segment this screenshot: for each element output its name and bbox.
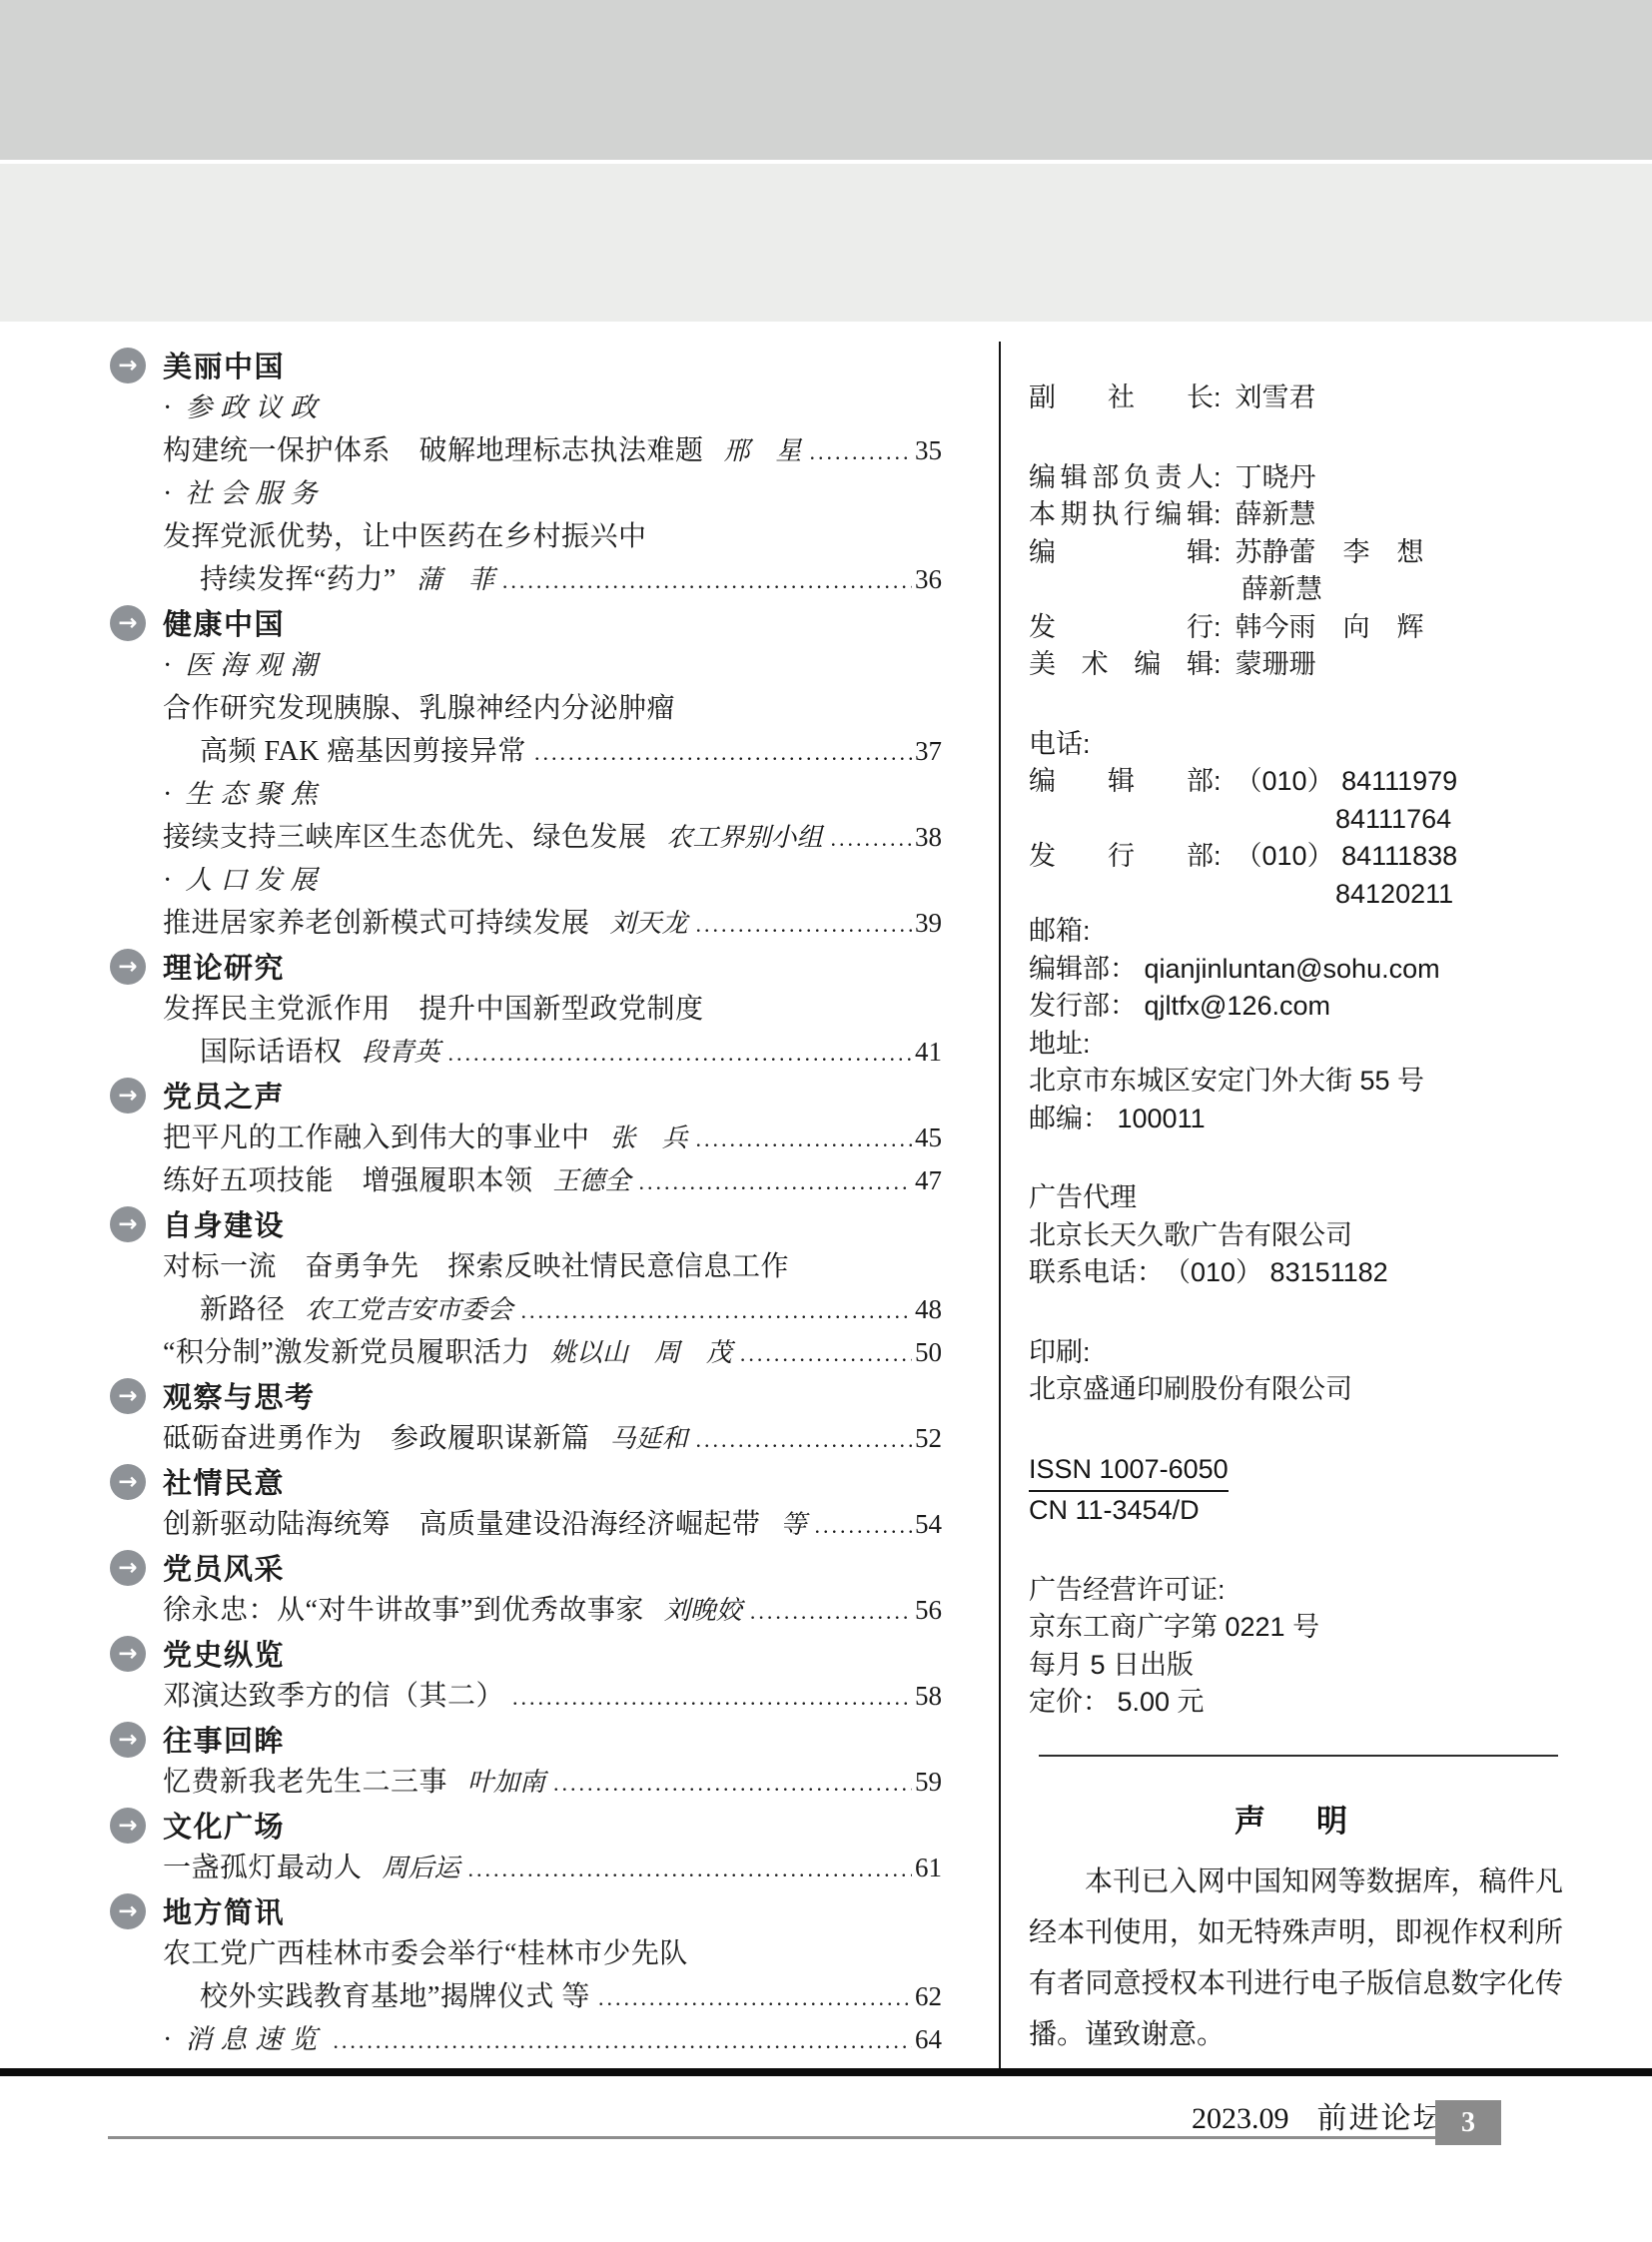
toc-section-title: 观察与思考 (163, 1375, 316, 1416)
masthead-value: 电话: (1029, 729, 1091, 759)
dot-leader: ........................................… (512, 1676, 912, 1719)
toc-category: ·人口发展 (110, 859, 942, 902)
masthead-colon: : (1214, 763, 1222, 801)
toc-entry-line: 接续支持三峡库区生态优先、绿色发展农工界别小组.................… (110, 816, 942, 859)
toc-entry-title: 接续支持三峡库区生态优先、绿色发展 (163, 816, 647, 859)
masthead-label: 编辑部负责人 (1029, 459, 1214, 497)
toc-entry-title: 邓演达致季方的信（其二） (163, 1675, 504, 1718)
toc-entry-title: 构建统一保护体系 破解地理标志执法难题 (163, 429, 704, 472)
dot-leader: ........................................… (696, 903, 912, 946)
toc-entry-line: 砥砺奋进勇作为 参政履职谋新篇马延和......................… (110, 1417, 942, 1460)
masthead-colon: : (1214, 646, 1222, 684)
toc-section-header: →党员风采 (110, 1546, 942, 1589)
masthead-colon: : (1214, 838, 1222, 876)
toc-entry-title: 发挥党派优势，让中医药在乡村振兴中 (163, 515, 647, 558)
arrow-right-circle-icon: → (110, 949, 146, 985)
dot-leader: ........................................… (750, 1590, 912, 1633)
category-dot-icon: · (163, 859, 172, 902)
masthead-value: 编辑部： qianjinluntan@sohu.com (1029, 954, 1440, 984)
masthead-value: 84111764 (1335, 804, 1451, 834)
masthead-line: 本期执行编辑:薛新慧 (1029, 496, 1563, 534)
masthead-line: 北京长天久歌广告有限公司 (1029, 1217, 1563, 1255)
toc-entry-title: 持续发挥“药力” (200, 558, 397, 601)
masthead-line: 发行部:（010） 84111838 (1029, 838, 1563, 876)
masthead-value: 邮箱: (1029, 916, 1091, 946)
toc-section-title: 理论研究 (163, 946, 285, 987)
toc-section-header: →理论研究 (110, 945, 942, 988)
toc-section-title: 健康中国 (163, 602, 285, 643)
toc-page-number: 56 (915, 1589, 942, 1632)
toc-entry-author: 叶加南 (467, 1761, 545, 1804)
toc-entry-line: 高频 FAK 癌基因剪接异常..........................… (110, 730, 942, 773)
toc-entry-author: 等 (781, 1503, 807, 1546)
toc-page-number: 52 (915, 1417, 942, 1460)
toc-section-header: →社情民意 (110, 1460, 942, 1503)
masthead-value: 苏静蕾 李 想 (1236, 537, 1424, 567)
toc-entry-title: 新路径 (200, 1288, 286, 1331)
masthead-value: CN 11-3454/D (1029, 1495, 1200, 1525)
masthead-colon: : (1214, 379, 1222, 417)
toc-category-label: 人口发展 (185, 859, 325, 902)
masthead-line: 发行部： qjltfx@126.com (1029, 988, 1563, 1026)
masthead-line: 定价： 5.00 元 (1029, 1684, 1563, 1722)
toc-category: ·生态聚焦 (110, 773, 942, 816)
masthead-value: 刘雪君 (1236, 382, 1316, 412)
masthead-column: 副社长:刘雪君编辑部负责人:丁晓丹本期执行编辑:薛新慧编辑:苏静蕾 李 想薛新慧… (1029, 379, 1563, 1764)
masthead-line: 地址: (1029, 1026, 1563, 1064)
toc-page-number: 41 (915, 1031, 942, 1074)
toc-section-header: →美丽中国 (110, 344, 942, 386)
masthead-label: 本期执行编辑 (1029, 496, 1214, 534)
toc-section-title: 社情民意 (163, 1461, 285, 1502)
footer-magazine-title: 前进论坛 (1317, 2102, 1445, 2135)
toc-entry-author: 马延和 (610, 1417, 688, 1460)
toc-entry-line: 对标一流 奋勇争先 探索反映社情民意信息工作 (110, 1245, 942, 1288)
masthead-value: 广告代理 (1029, 1182, 1137, 1212)
masthead-value: 薛新慧 (1241, 574, 1322, 604)
masthead-line: 电话: (1029, 726, 1563, 764)
statement-title: 声 明 (1029, 1796, 1563, 1841)
masthead-value: 印刷: (1029, 1337, 1091, 1367)
toc-section-title: 党史纵览 (163, 1633, 285, 1674)
toc-entry-title: 忆费新我老先生二三事 (163, 1761, 447, 1804)
toc-page-number: 38 (915, 816, 942, 859)
toc-entry-title: 高频 FAK 癌基因剪接异常 (200, 730, 526, 773)
masthead-colon: : (1214, 496, 1222, 534)
column-divider (999, 342, 1001, 2068)
dot-leader: ........................................… (598, 1976, 912, 2019)
dot-leader: ........................................… (502, 559, 912, 602)
masthead-value: 联系电话： （010） 83151182 (1029, 1257, 1388, 1287)
toc-entry-line: 农工党广西桂林市委会举行“桂林市少先队 (110, 1932, 942, 1975)
toc-page-number: 58 (915, 1675, 942, 1718)
statement-body: 本刊已入网中国知网等数据库，稿件凡经本刊使用，如无特殊声明，即视作权利所有者同意… (1029, 1857, 1563, 2060)
toc-category-label: 消息速览 (185, 2018, 325, 2061)
toc-entry-title: 徐永忠：从“对牛讲故事”到优秀故事家 (163, 1589, 644, 1632)
toc-page-number: 59 (915, 1761, 942, 1804)
masthead-line: 印刷: (1029, 1334, 1563, 1372)
statement-box: 声 明 本刊已入网中国知网等数据库，稿件凡经本刊使用，如无特殊声明，即视作权利所… (1029, 1796, 1563, 2060)
masthead-value: 丁晓丹 (1236, 462, 1316, 492)
toc-entry-line: 一盏孤灯最动人周后运..............................… (110, 1847, 942, 1889)
toc-entry-author: 刘晚姣 (664, 1589, 742, 1632)
toc-entry-title: 农工党广西桂林市委会举行“桂林市少先队 (163, 1932, 688, 1975)
dot-leader: ........................................… (696, 1418, 912, 1461)
masthead-label: 美术编辑 (1029, 646, 1214, 684)
masthead-line: 北京市东城区安定门外大街 55 号 (1029, 1063, 1563, 1101)
toc-page-number: 35 (915, 429, 942, 472)
masthead-line: 每月 5 日出版 (1029, 1647, 1563, 1685)
toc-entry-author: 农工界别小组 (667, 816, 823, 859)
toc-entry-line: 国际话语权段青英................................… (110, 1031, 942, 1074)
toc-entry-author: 邢 星 (724, 429, 802, 472)
masthead-label: 发行部 (1029, 838, 1214, 876)
masthead-group: 副社长:刘雪君 (1029, 379, 1563, 417)
top-light-band (0, 164, 1652, 322)
toc-entry-line: 发挥党派优势，让中医药在乡村振兴中 (110, 515, 942, 558)
toc-page-number: 62 (915, 1975, 942, 2018)
category-dot-icon: · (163, 386, 172, 429)
arrow-right-circle-icon: → (110, 1206, 146, 1242)
toc-page-number: 47 (915, 1159, 942, 1202)
toc-entry-title: 创新驱动陆海统筹 高质量建设沿海经济崛起带 (163, 1503, 761, 1546)
toc-entry-author: 姚以山 周 茂 (550, 1331, 732, 1374)
toc-category-label: 生态聚焦 (185, 773, 325, 816)
toc-section-header: →健康中国 (110, 601, 942, 644)
footer-text: 2023.09前进论坛 (1192, 2093, 1445, 2137)
masthead-line: 编辑:苏静蕾 李 想 (1029, 534, 1563, 572)
masthead-line: 美术编辑:蒙珊珊 (1029, 646, 1563, 684)
toc-section-title: 美丽中国 (163, 345, 285, 385)
toc-section-header: →观察与思考 (110, 1374, 942, 1417)
table-of-contents: →美丽中国·参政议政构建统一保护体系 破解地理标志执法难题邢 星........… (110, 344, 942, 2061)
masthead-value: 广告经营许可证: (1029, 1575, 1226, 1605)
footer-page-badge: 3 (1435, 2100, 1501, 2145)
toc-section-header: →党史纵览 (110, 1632, 942, 1675)
masthead-colon: : (1214, 609, 1222, 647)
masthead-group: 广告代理北京长天久歌广告有限公司联系电话： （010） 83151182 (1029, 1179, 1563, 1292)
arrow-right-circle-icon: → (110, 348, 146, 383)
arrow-right-circle-icon: → (110, 1808, 146, 1844)
toc-entry-title: 对标一流 奋勇争先 探索反映社情民意信息工作 (163, 1245, 789, 1288)
masthead-value: 北京市东城区安定门外大街 55 号 (1029, 1066, 1424, 1096)
masthead-line: 编辑部负责人:丁晓丹 (1029, 459, 1563, 497)
toc-entry-author: 段青英 (363, 1031, 440, 1074)
masthead-line: 编辑部： qianjinluntan@sohu.com (1029, 951, 1563, 989)
toc-section-header: →自身建设 (110, 1202, 942, 1245)
toc-page-number: 50 (915, 1331, 942, 1374)
masthead-line: 副社长:刘雪君 (1029, 379, 1563, 417)
toc-entry-author: 农工党吉安市委会 (306, 1288, 513, 1331)
masthead-group: ISSN 1007-6050CN 11-3454/D (1029, 1451, 1563, 1530)
masthead-label: 发行 (1029, 609, 1214, 647)
toc-entry-line: 邓演达致季方的信（其二）............................… (110, 1675, 942, 1718)
dot-leader: ........................................… (831, 817, 912, 860)
footer-page-number: 3 (1461, 2107, 1475, 2139)
arrow-right-circle-icon: → (110, 1722, 146, 1758)
masthead-line: 编辑部:（010） 84111979 (1029, 763, 1563, 801)
toc-entry-line: “积分制”激发新党员履职活力姚以山 周 茂...................… (110, 1331, 942, 1374)
toc-page-number: 36 (915, 558, 942, 601)
toc-entry-title: 推进居家养老创新模式可持续发展 (163, 902, 590, 945)
toc-entry-line: 合作研究发现胰腺、乳腺神经内分泌肿瘤 (110, 687, 942, 730)
toc-category: ·医海观潮 (110, 644, 942, 687)
toc-category-label: 医海观潮 (185, 644, 325, 687)
masthead-value: 每月 5 日出版 (1029, 1650, 1194, 1680)
arrow-right-circle-icon: → (110, 1550, 146, 1586)
masthead-value: 邮编： 100011 (1029, 1104, 1206, 1133)
masthead-line: 联系电话： （010） 83151182 (1029, 1254, 1563, 1292)
toc-category: ·消息速览...................................… (110, 2018, 942, 2061)
arrow-right-circle-icon: → (110, 1464, 146, 1500)
arrow-right-circle-icon: → (110, 1893, 146, 1929)
toc-page-number: 61 (915, 1847, 942, 1889)
toc-entry-author: 刘天龙 (610, 902, 688, 945)
toc-entry-title: “积分制”激发新党员履职活力 (163, 1331, 530, 1374)
toc-entry-title: 把平凡的工作融入到伟大的事业中 (163, 1117, 590, 1159)
toc-entry-title: 一盏孤灯最动人 (163, 1847, 363, 1889)
toc-section-header: →地方简讯 (110, 1889, 942, 1932)
category-dot-icon: · (163, 644, 172, 687)
masthead-value: 发行部： qjltfx@126.com (1029, 991, 1330, 1021)
toc-entry-title: 练好五项技能 增强履职本领 (163, 1159, 533, 1202)
toc-entry-title: 发挥民主党派作用 提升中国新型政党制度 (163, 988, 704, 1031)
toc-entry-line: 持续发挥“药力”蒲 菲.............................… (110, 558, 942, 601)
masthead-line: ISSN 1007-6050 (1029, 1451, 1563, 1493)
toc-entry-author: 王德全 (553, 1159, 631, 1202)
toc-page-number: 37 (915, 730, 942, 773)
category-dot-icon: · (163, 2018, 172, 2061)
masthead-label: 编辑 (1029, 534, 1214, 572)
toc-page-number: 45 (915, 1117, 942, 1159)
masthead-value: 薛新慧 (1236, 499, 1316, 529)
toc-entry-line: 徐永忠：从“对牛讲故事”到优秀故事家刘晚姣...................… (110, 1589, 942, 1632)
masthead-group: 编辑部负责人:丁晓丹本期执行编辑:薛新慧编辑:苏静蕾 李 想薛新慧发行:韩今雨 … (1029, 459, 1563, 684)
statement-divider (1039, 1755, 1558, 1757)
masthead-group: 电话:编辑部:（010） 8411197984111764发行部:（010） 8… (1029, 726, 1563, 1138)
footer-issue: 2023.09 (1192, 2102, 1289, 2135)
dot-leader: ........................................… (521, 1289, 912, 1332)
masthead-value: （010） 84111838 (1236, 841, 1458, 871)
toc-entry-title: 砥砺奋进勇作为 参政履职谋新篇 (163, 1417, 590, 1460)
toc-entry-line: 练好五项技能 增强履职本领王德全........................… (110, 1159, 942, 1202)
masthead-line: 京东工商广字第 0221 号 (1029, 1609, 1563, 1647)
toc-page-number: 64 (915, 2018, 942, 2061)
masthead-line: 邮编： 100011 (1029, 1101, 1563, 1138)
masthead-line: CN 11-3454/D (1029, 1492, 1563, 1530)
masthead-group: 广告经营许可证:京东工商广字第 0221 号每月 5 日出版定价： 5.00 元 (1029, 1572, 1563, 1722)
masthead-line: 广告经营许可证: (1029, 1572, 1563, 1610)
dot-leader: ........................................… (810, 430, 912, 473)
masthead-line: 邮箱: (1029, 913, 1563, 951)
masthead-value: 地址: (1029, 1029, 1091, 1059)
toc-entry-line: 忆费新我老先生二三事叶加南...........................… (110, 1761, 942, 1804)
masthead-value: 定价： 5.00 元 (1029, 1687, 1205, 1717)
toc-entry-line: 把平凡的工作融入到伟大的事业中张 兵......................… (110, 1117, 942, 1159)
toc-section-title: 党员风采 (163, 1547, 285, 1588)
masthead-value: 蒙珊珊 (1236, 649, 1316, 679)
masthead-line: 广告代理 (1029, 1179, 1563, 1217)
toc-category-label: 参政议政 (185, 386, 325, 429)
dot-leader: ........................................… (696, 1118, 912, 1160)
toc-entry-line: 发挥民主党派作用 提升中国新型政党制度 (110, 988, 942, 1031)
masthead-group: 印刷:北京盛通印刷股份有限公司 (1029, 1334, 1563, 1409)
top-gray-band (0, 0, 1652, 160)
toc-section-title: 往事回眸 (163, 1719, 285, 1760)
dot-leader: ........................................… (815, 1504, 912, 1547)
masthead-colon: : (1214, 459, 1222, 497)
dot-leader: ........................................… (534, 731, 912, 774)
toc-section-header: →文化广场 (110, 1804, 942, 1847)
toc-category: ·参政议政 (110, 386, 942, 429)
toc-page-number: 39 (915, 902, 942, 945)
toc-entry-author: 张 兵 (610, 1117, 688, 1159)
dot-leader: ........................................… (740, 1332, 912, 1375)
masthead-value: 北京长天久歌广告有限公司 (1029, 1220, 1352, 1250)
arrow-right-circle-icon: → (110, 1078, 146, 1114)
magazine-toc-page: →美丽中国·参政议政构建统一保护体系 破解地理标志执法难题邢 星........… (0, 0, 1652, 2242)
toc-section-header: →党员之声 (110, 1074, 942, 1117)
masthead-value: 84120211 (1335, 879, 1453, 909)
toc-entry-title: 国际话语权 (200, 1031, 343, 1074)
toc-section-header: →往事回眸 (110, 1718, 942, 1761)
bottom-black-bar (0, 2068, 1652, 2076)
dot-leader: ........................................… (639, 1160, 912, 1203)
masthead-line: 84120211 (1029, 876, 1563, 914)
masthead-line: 薛新慧 (1029, 571, 1563, 609)
toc-section-title: 自身建设 (163, 1203, 285, 1244)
toc-entry-author: 周后运 (383, 1847, 460, 1889)
masthead-value: （010） 84111979 (1236, 766, 1458, 796)
issn-number: ISSN 1007-6050 (1029, 1451, 1229, 1493)
toc-entry-line: 构建统一保护体系 破解地理标志执法难题邢 星..................… (110, 429, 942, 472)
toc-section-title: 党员之声 (163, 1075, 285, 1116)
arrow-right-circle-icon: → (110, 1636, 146, 1672)
category-dot-icon: · (163, 773, 172, 816)
dot-leader: ........................................… (553, 1762, 912, 1805)
toc-category-label: 社会服务 (185, 472, 325, 515)
masthead-value: 韩今雨 向 辉 (1236, 612, 1424, 642)
toc-category: ·社会服务 (110, 472, 942, 515)
dot-leader: ........................................… (333, 2019, 912, 2062)
dot-leader: ........................................… (448, 1032, 912, 1075)
toc-entry-line: 创新驱动陆海统筹 高质量建设沿海经济崛起带等..................… (110, 1503, 942, 1546)
toc-entry-title: 合作研究发现胰腺、乳腺神经内分泌肿瘤 (163, 687, 675, 730)
arrow-right-circle-icon: → (110, 1378, 146, 1414)
masthead-value: 北京盛通印刷股份有限公司 (1029, 1374, 1352, 1404)
toc-entry-line: 推进居家养老创新模式可持续发展刘天龙......................… (110, 902, 942, 945)
toc-page-number: 48 (915, 1288, 942, 1331)
toc-entry-line: 校外实践教育基地”揭牌仪式 等.........................… (110, 1975, 942, 2018)
toc-page-number: 54 (915, 1503, 942, 1546)
masthead-label: 副社长 (1029, 379, 1214, 417)
masthead-label: 编辑部 (1029, 763, 1214, 801)
toc-section-title: 地方简讯 (163, 1890, 285, 1931)
category-dot-icon: · (163, 472, 172, 515)
masthead-line: 发行:韩今雨 向 辉 (1029, 609, 1563, 647)
toc-entry-author: 蒲 菲 (416, 558, 494, 601)
arrow-right-circle-icon: → (110, 605, 146, 641)
masthead-value: 京东工商广字第 0221 号 (1029, 1612, 1319, 1642)
dot-leader: ........................................… (468, 1848, 912, 1890)
masthead-line: 北京盛通印刷股份有限公司 (1029, 1371, 1563, 1409)
toc-section-title: 文化广场 (163, 1805, 285, 1846)
masthead-line: 84111764 (1029, 801, 1563, 839)
masthead-colon: : (1214, 534, 1222, 572)
toc-entry-line: 新路径农工党吉安市委会.............................… (110, 1288, 942, 1331)
toc-entry-title: 校外实践教育基地”揭牌仪式 等 (200, 1975, 590, 2018)
